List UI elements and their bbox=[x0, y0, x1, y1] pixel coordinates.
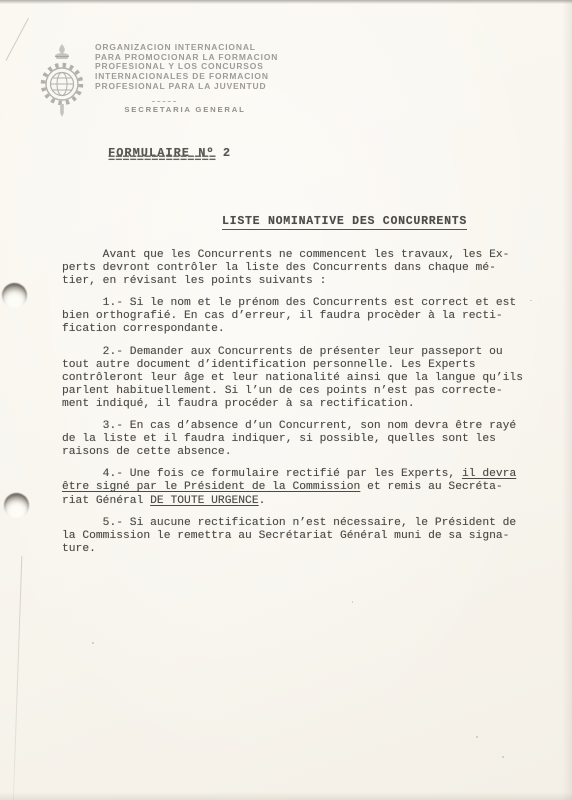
body-text-line: 2.- Demander aux Concurrents de présente… bbox=[62, 346, 542, 359]
body-text-line: fication correspondante. bbox=[62, 323, 542, 336]
body-text-segment: riat Général bbox=[62, 495, 150, 507]
paper-speck bbox=[502, 756, 504, 758]
body-text-line: la Commission le remettra au Secrétariat… bbox=[62, 530, 542, 543]
paper-edge-line bbox=[13, 556, 23, 800]
org-name-line: PROFESIONAL PARA LA JUVENTUD bbox=[95, 82, 279, 92]
document-body: Avant que les Concurrents ne commencent … bbox=[62, 249, 542, 565]
body-text-segment: . bbox=[259, 495, 266, 507]
underlined-text-segment: être signé par le Président de la Commis… bbox=[62, 481, 360, 493]
list-item-4: 4.- Une fois ce formulaire rectifié par … bbox=[62, 468, 542, 507]
body-text-line: ment indiqué, il faudra procéder à sa re… bbox=[62, 398, 542, 411]
intro-paragraph: Avant que les Concurrents ne commencent … bbox=[62, 249, 542, 288]
list-item-2: 2.- Demander aux Concurrents de présente… bbox=[62, 346, 542, 411]
document-title: LISTE NOMINATIVE DES CONCURRENTS bbox=[222, 215, 467, 230]
paper-speck bbox=[352, 601, 353, 603]
body-text-line: 3.- En cas d’absence d’un Concurrent, so… bbox=[62, 420, 542, 433]
body-text-line: contrôleront leur âge et leur nationalit… bbox=[62, 372, 542, 385]
body-text-line: tier, en révisant les points suivants : bbox=[62, 275, 542, 288]
organization-name: ORGANIZACION INTERNACIONAL PARA PROMOCIO… bbox=[95, 43, 285, 92]
body-text-line: parlent habituellement. Si l’un de ces p… bbox=[62, 385, 542, 398]
body-text-line: bien orthografié. En cas d’erreur, il fa… bbox=[62, 310, 542, 323]
body-text-line: de la liste et il faudra indiquer, si po… bbox=[62, 433, 542, 446]
paper-speck bbox=[92, 642, 94, 644]
underlined-text-segment: DE TOUTE URGENCE bbox=[150, 495, 258, 507]
list-item-5: 5.- Si aucune rectification n’est nécess… bbox=[62, 517, 542, 556]
body-text-line: Avant que les Concurrents ne commencent … bbox=[62, 249, 542, 262]
body-text-line: perts devront contrôler la liste des Con… bbox=[62, 262, 542, 275]
body-text-line: raisons de cette absence. bbox=[62, 446, 542, 459]
body-text-line: tout autre document d’identification per… bbox=[62, 359, 542, 372]
form-number-underline: =============== bbox=[108, 153, 216, 165]
punch-hole bbox=[2, 283, 27, 308]
body-text-line: ture. bbox=[62, 543, 542, 556]
body-text-segment: 4.- Une fois ce formulaire rectifié par … bbox=[62, 468, 462, 480]
secretaria-general-label: SECRETARIA GENERAL bbox=[95, 105, 275, 114]
scan-edge-artifact bbox=[562, 0, 572, 800]
body-text-line: 1.- Si le nom et le prénom des Concurren… bbox=[62, 297, 542, 310]
scanned-document-page: ORGANIZACION INTERNACIONAL PARA PROMOCIO… bbox=[0, 0, 572, 800]
list-item-3: 3.- En cas d’absence d’un Concurrent, so… bbox=[62, 420, 542, 459]
scan-edge-artifact bbox=[0, 0, 572, 4]
body-text-line: 5.- Si aucune rectification n’est nécess… bbox=[62, 517, 542, 530]
body-text-line: être signé par le Président de la Commis… bbox=[62, 481, 542, 494]
body-text-segment: et remis au Secréta- bbox=[360, 481, 502, 493]
paper-speck bbox=[476, 736, 478, 738]
punch-hole bbox=[4, 493, 29, 518]
body-text-line: riat Général DE TOUTE URGENCE. bbox=[62, 495, 542, 508]
body-text-line: 4.- Une fois ce formulaire rectifié par … bbox=[62, 468, 542, 481]
paper-crease bbox=[5, 18, 28, 61]
organization-emblem-icon bbox=[36, 42, 88, 120]
letterhead-divider bbox=[152, 101, 176, 102]
scan-edge-artifact bbox=[0, 792, 572, 800]
underlined-text-segment: il devra bbox=[462, 468, 516, 480]
list-item-1: 1.- Si le nom et le prénom des Concurren… bbox=[62, 297, 542, 336]
